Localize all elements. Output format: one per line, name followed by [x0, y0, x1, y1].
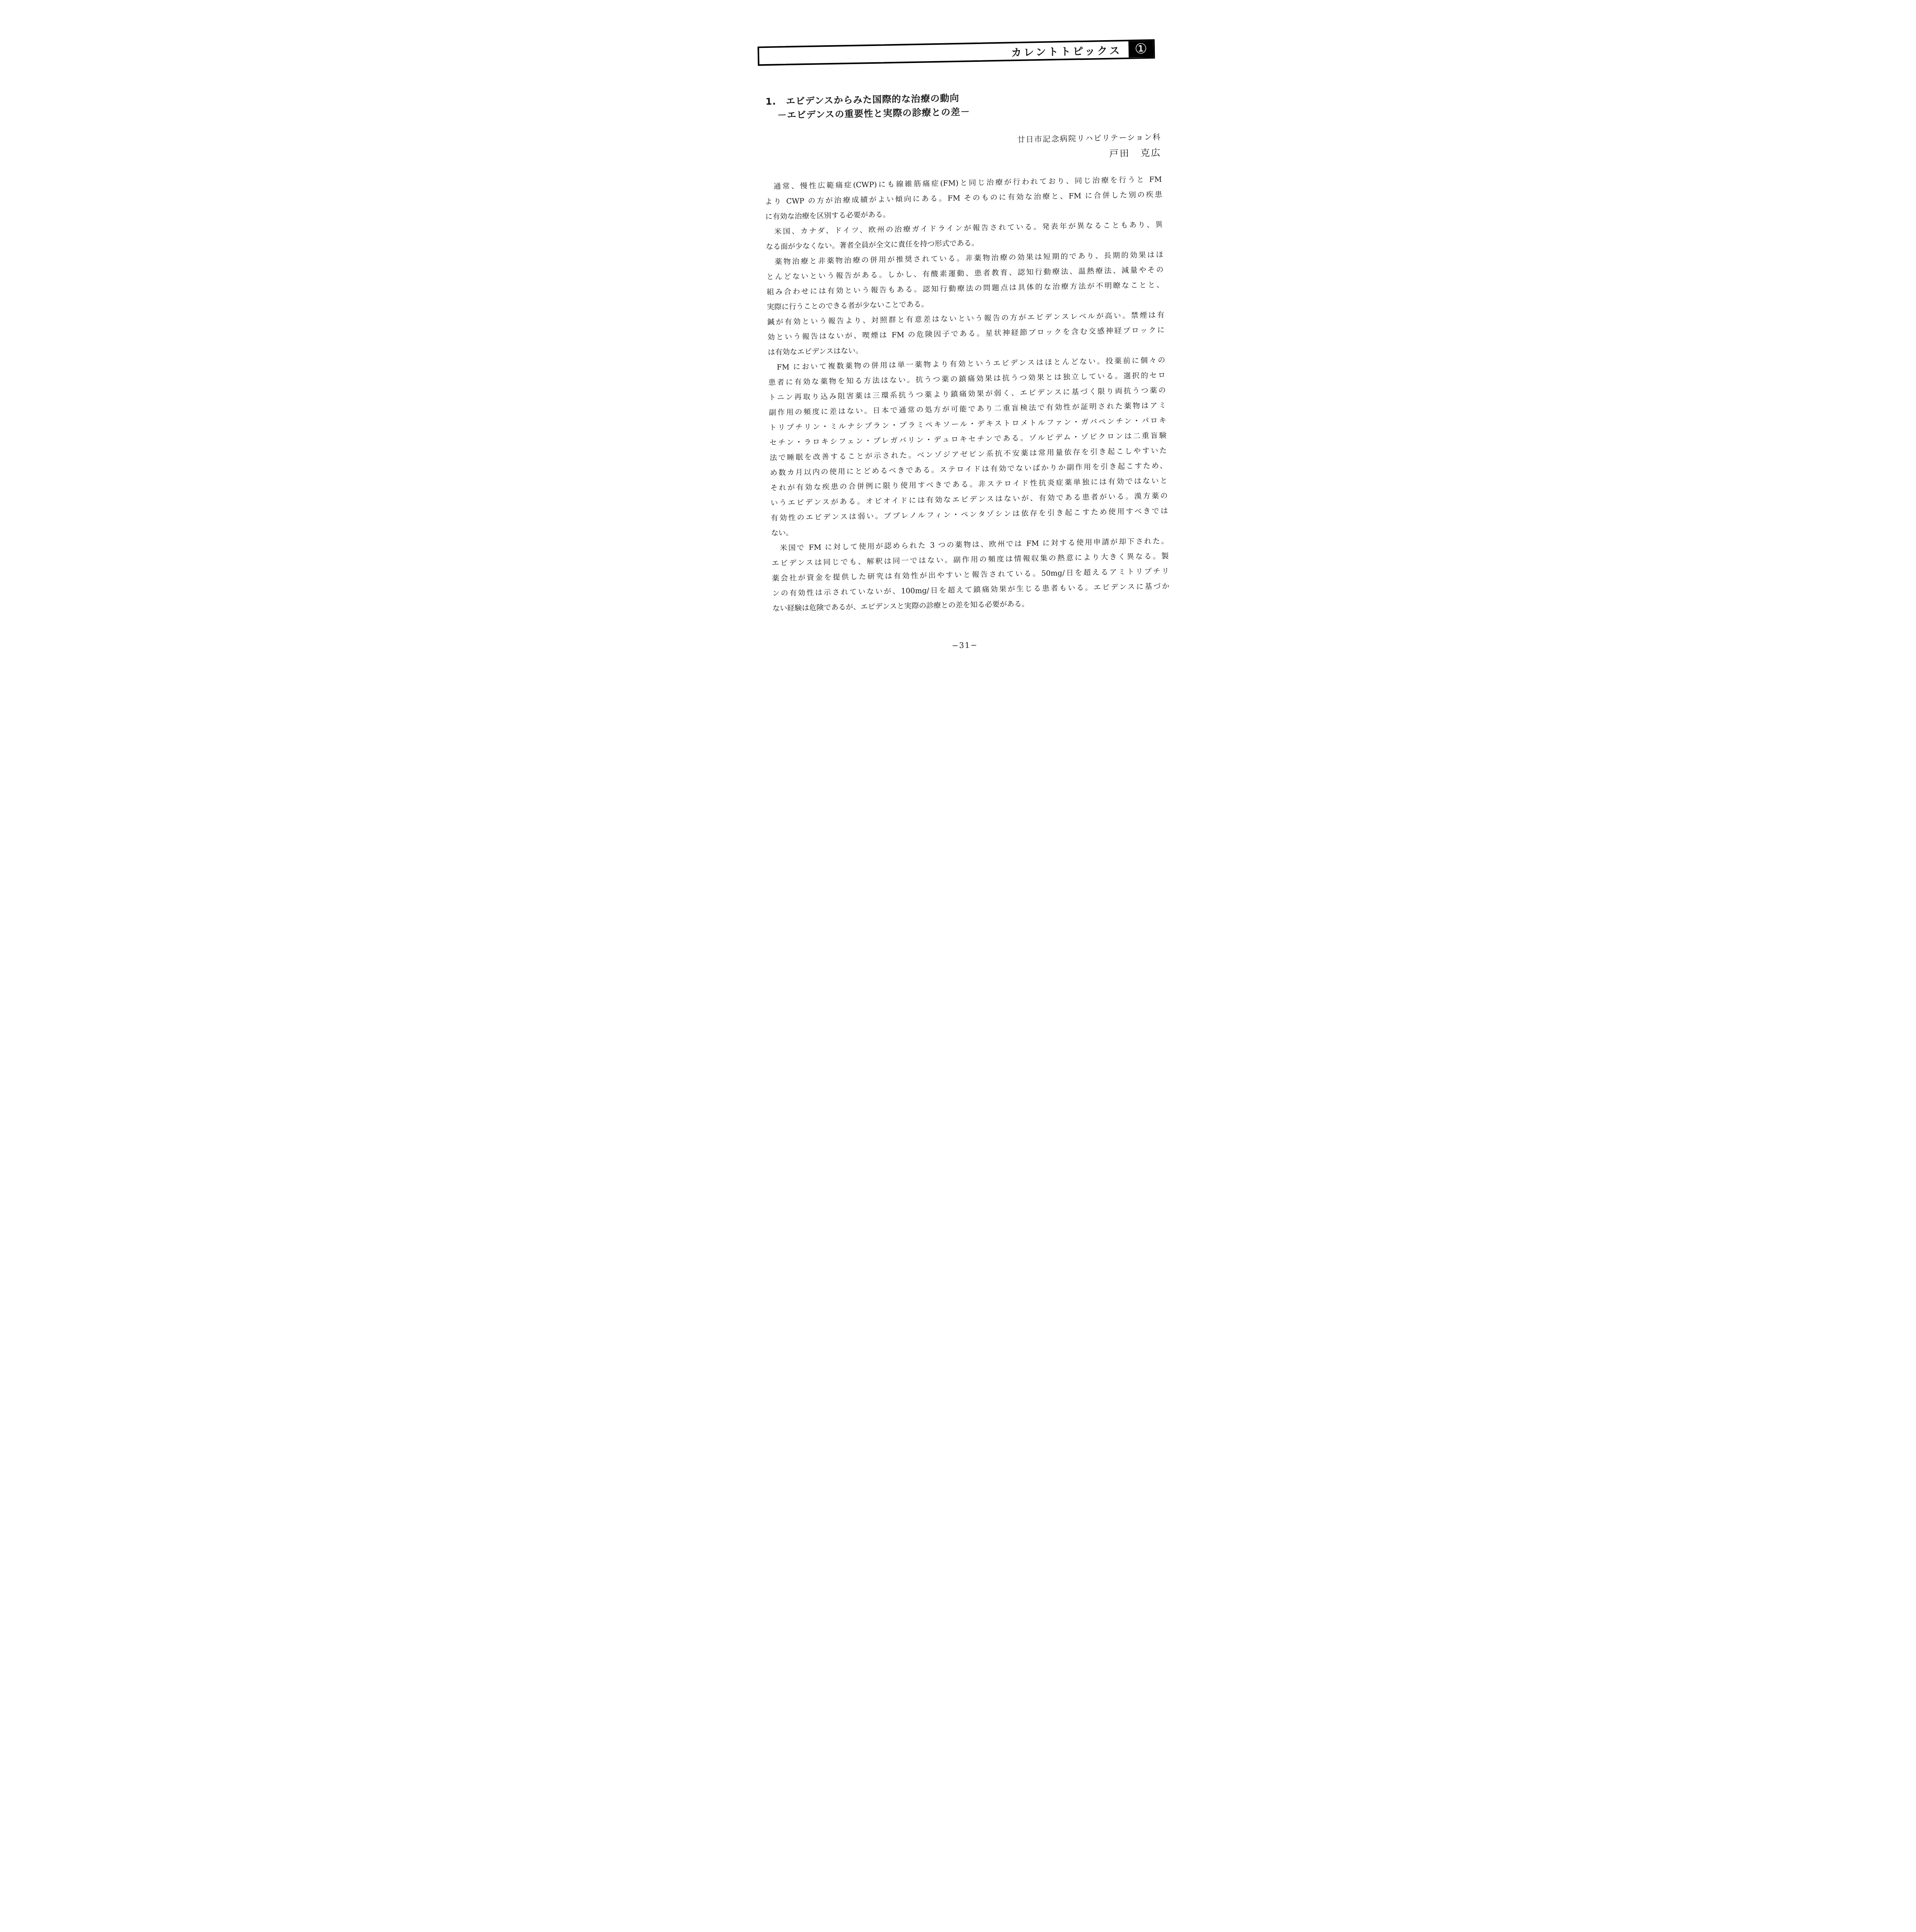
- author-name: 戸田 克広: [1017, 146, 1161, 162]
- byline: 廿日市記念病院リハビリテーション科 戸田 克広: [1017, 131, 1161, 162]
- header-banner: カレントトピックス ①: [757, 39, 1155, 66]
- article-body: 通常、慢性広範痛症(CWP)にも線維筋痛症(FM)と同じ治療が行われており、同じ…: [764, 172, 1170, 616]
- paragraph: 米国で FM に対して使用が認められた 3 つの薬物は、欧州では FM に対する…: [771, 534, 1170, 616]
- paragraph: 薬物治療と非薬物治療の併用が推奨されている。非薬物治療の効果は短期的であり、長期…: [766, 247, 1164, 315]
- article-title: 1. エビデンスからみた国際的な治療の動向 －エビデンスの重要性と実際の診療との…: [765, 91, 970, 122]
- document-page: カレントトピックス ① 1. エビデンスからみた国際的な治療の動向 －エビデンス…: [719, 0, 1198, 678]
- header-label: カレントトピックス: [1011, 42, 1122, 59]
- issue-number-icon: ①: [1134, 42, 1147, 56]
- paragraph: FM において複数薬物の併用は単一薬物より有効というエビデンスはほとんどない。投…: [768, 353, 1168, 541]
- author-affiliation: 廿日市記念病院リハビリテーション科: [1017, 131, 1161, 145]
- paragraph: 通常、慢性広範痛症(CWP)にも線維筋痛症(FM)と同じ治療が行われており、同じ…: [764, 172, 1162, 224]
- paragraph: 鍼が有効という報告より、対照群と有意差はないという報告の方がエビデンスレベルが高…: [767, 308, 1165, 360]
- issue-badge: ①: [1128, 41, 1153, 58]
- scanned-content: カレントトピックス ① 1. エビデンスからみた国際的な治療の動向 －エビデンス…: [719, 0, 1198, 678]
- page-number: −31−: [725, 636, 1197, 654]
